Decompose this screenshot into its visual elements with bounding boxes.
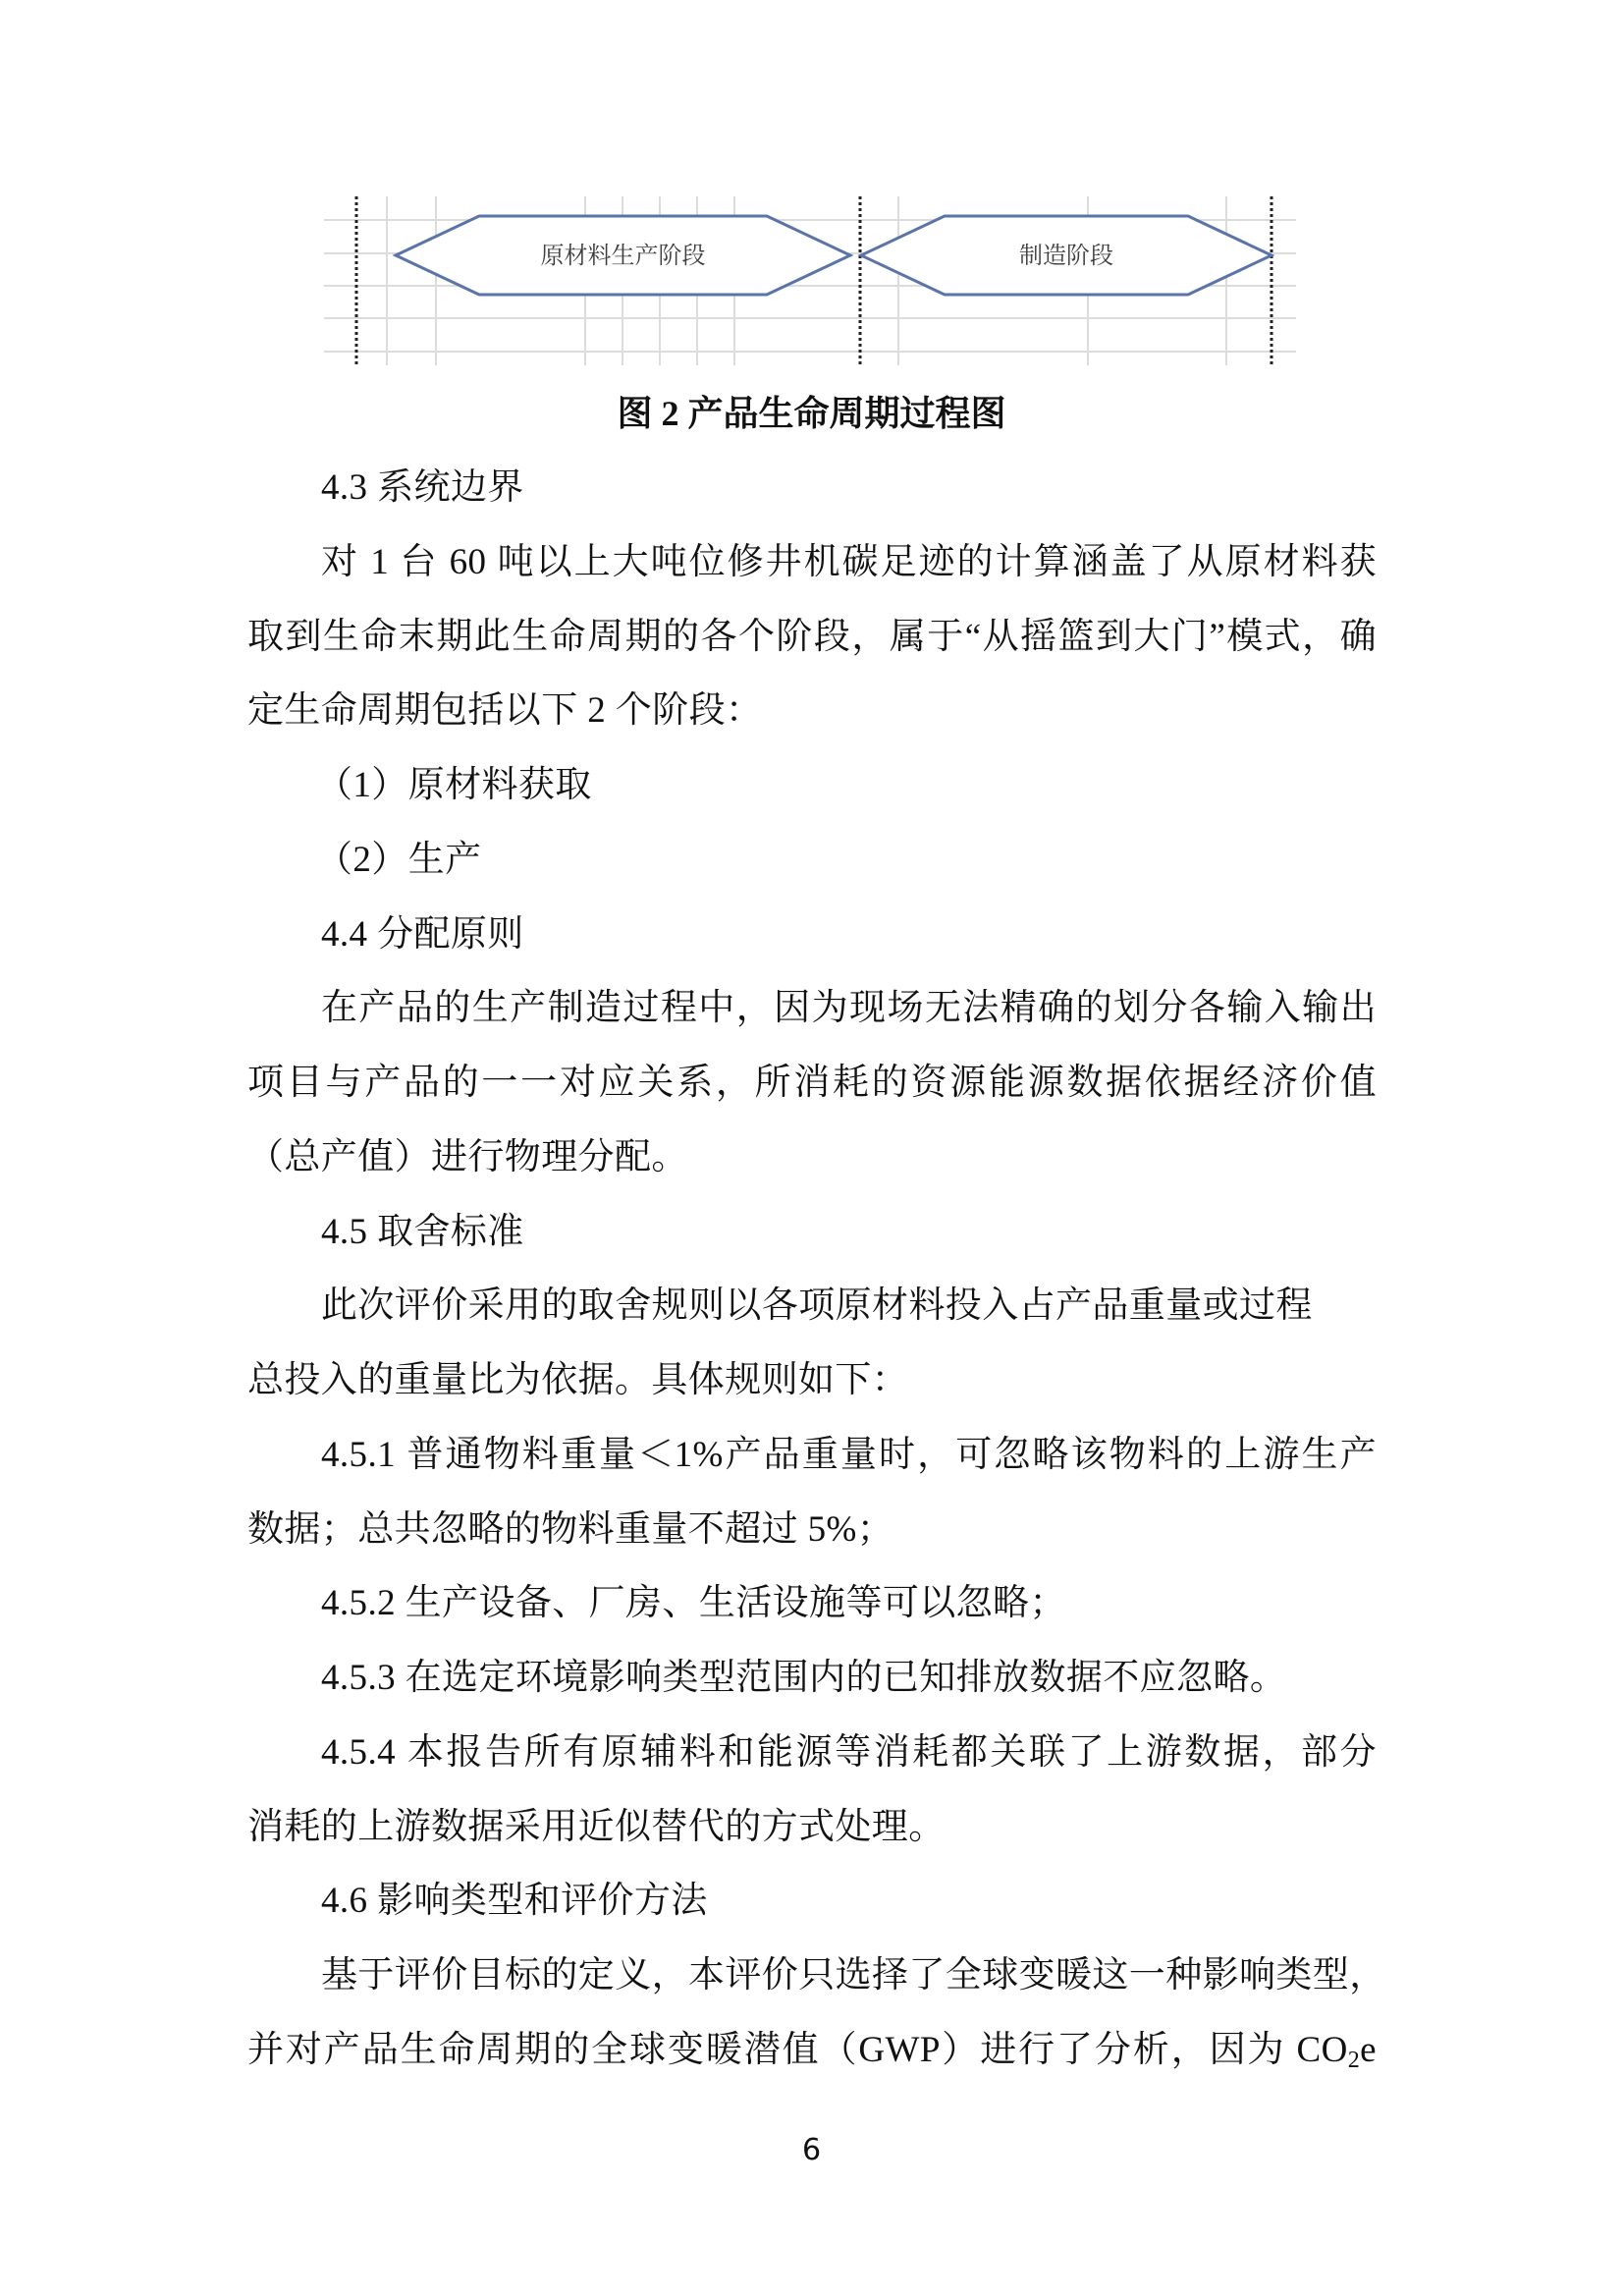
list-item-stage-1: （1）原材料获取 bbox=[316, 758, 1455, 813]
paragraph-line: 项目与产品的一一对应关系，所消耗的资源能源数据依据经济价值 bbox=[247, 1056, 1377, 1111]
rule-4-5-1-continued: 数据；总共忽略的物料重量不超过 5%； bbox=[247, 1503, 1386, 1558]
section-heading-4-4: 4.4 分配原则 bbox=[321, 907, 1460, 962]
diagram-canvas bbox=[324, 187, 1316, 373]
life-cycle-diagram: 原材料生产阶段 制造阶段 bbox=[324, 187, 1316, 373]
stage-label-raw-material: 原材料生产阶段 bbox=[479, 234, 767, 277]
rule-4-5-4-continued: 消耗的上游数据采用近似替代的方式处理。 bbox=[247, 1800, 1386, 1855]
paragraph-line: 取到生命末期此生命周期的各个阶段，属于“从摇篮到大门”模式，确 bbox=[247, 610, 1377, 665]
paragraph-line: 对 1 台 60 吨以上大吨位修井机碳足迹的计算涵盖了从原材料获 bbox=[321, 535, 1377, 590]
section-heading-4-6: 4.6 影响类型和评价方法 bbox=[321, 1874, 1460, 1929]
paragraph-text-tail: e bbox=[1360, 2030, 1377, 2070]
rule-4-5-2: 4.5.2 生产设备、厂房、生活设施等可以忽略； bbox=[321, 1576, 1460, 1631]
section-heading-4-3: 4.3 系统边界 bbox=[321, 461, 1460, 516]
paragraph-line-co2e: 并对产品生命周期的全球变暖潜值（GWP）进行了分析，因为 CO2e bbox=[247, 2023, 1377, 2078]
list-item-stage-2: （2）生产 bbox=[316, 833, 1455, 888]
rule-4-5-3: 4.5.3 在选定环境影响类型范围内的已知排放数据不应忽略。 bbox=[321, 1651, 1460, 1706]
document-page: 原材料生产阶段 制造阶段 图 2 产品生命周期过程图 4.3 系统边界 对 1 … bbox=[0, 0, 1623, 2296]
paragraph-line: 此次评价采用的取舍规则以各项原材料投入占产品重量或过程 bbox=[321, 1279, 1460, 1334]
paragraph-line: 定生命周期包括以下 2 个阶段： bbox=[247, 683, 1386, 738]
rule-4-5-4: 4.5.4 本报告所有原辅料和能源等消耗都关联了上游数据，部分 bbox=[321, 1725, 1377, 1780]
paragraph-line: 基于评价目标的定义，本评价只选择了全球变暖这一种影响类型， bbox=[321, 1948, 1377, 2003]
paragraph-line: （总产值）进行物理分配。 bbox=[247, 1130, 1386, 1185]
stage-label-manufacturing: 制造阶段 bbox=[945, 234, 1188, 277]
rule-4-5-1: 4.5.1 普通物料重量＜1%产品重量时，可忽略该物料的上游生产 bbox=[321, 1428, 1377, 1483]
paragraph-line: 总投入的重量比为依据。具体规则如下： bbox=[247, 1353, 1386, 1408]
page-number: 6 bbox=[0, 2129, 1623, 2172]
paragraph-line: 在产品的生产制造过程中，因为现场无法精确的划分各输入输出 bbox=[321, 981, 1377, 1036]
paragraph-text: 并对产品生命周期的全球变暖潜值（GWP）进行了分析，因为 CO bbox=[247, 2030, 1348, 2070]
figure-caption: 图 2 产品生命周期过程图 bbox=[0, 389, 1623, 438]
subscript-2: 2 bbox=[1348, 2048, 1360, 2073]
section-heading-4-5: 4.5 取舍标准 bbox=[321, 1205, 1460, 1260]
